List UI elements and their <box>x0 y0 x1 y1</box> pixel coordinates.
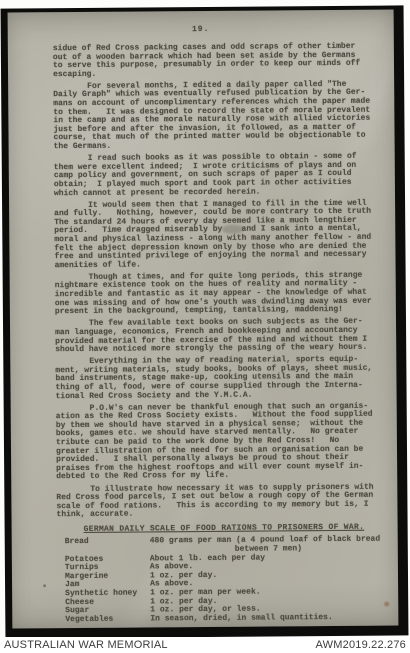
text-line: debted to the Red Cross for my life. <box>56 471 390 482</box>
paragraph: I read such books as it was possible to … <box>54 153 388 199</box>
caption-bar: AUSTRALIAN WAR MEMORIAL AWM2019.22.276 <box>0 637 410 653</box>
paragraph: For several months, I edited a daily pap… <box>53 80 388 151</box>
paragraph: The few available text books on such sub… <box>55 318 389 355</box>
ration-row: VegetablesIn season, dried, in small qua… <box>57 613 391 624</box>
document-photo: 19. sidue of Red Cross packing cases and… <box>1 5 409 638</box>
text-line: which cannot at present be recorded here… <box>54 187 388 198</box>
ration-table: Bread480 grams per man (a 4 pound loaf o… <box>57 536 392 625</box>
page-number: 19. <box>8 24 394 36</box>
text-line: think, accurate. <box>56 509 390 520</box>
paragraph: It would seem then that I managed to fil… <box>54 199 389 270</box>
text-line: should have noticed more strongly the pa… <box>55 344 389 355</box>
paragraph: Though at times, and for quite long peri… <box>55 271 389 317</box>
reference-number: AWM2019.22.276 <box>316 639 406 651</box>
institution-label: AUSTRALIAN WAR MEMORIAL <box>4 639 168 651</box>
text-line: tional Red Cross Society and the Y.M.C.A… <box>56 390 390 401</box>
ration-item: Bread <box>65 538 150 547</box>
text-line: the Germans. <box>54 141 388 152</box>
text-line: present in the background, tempting, tan… <box>55 306 389 317</box>
ration-amount: In season, dried, in small quantities. <box>150 614 332 624</box>
page-text: sidue of Red Cross packing cases and odd… <box>53 43 392 625</box>
document-page: 19. sidue of Red Cross packing cases and… <box>8 10 399 629</box>
paragraph: P.O.W's can never be thankful enough tha… <box>56 402 391 482</box>
paragraph: To illustrate how necessary it was to su… <box>56 483 390 520</box>
ration-item: Vegetables <box>65 615 150 624</box>
paragraph: Everything in the way of reading materia… <box>55 356 389 402</box>
paragraphs: sidue of Red Cross packing cases and odd… <box>53 43 391 520</box>
rust-stain <box>384 602 389 607</box>
paragraph: sidue of Red Cross packing cases and odd… <box>53 43 387 80</box>
text-line: amenities of life. <box>55 259 389 270</box>
paper-speck <box>43 584 46 587</box>
ration-table-title: GERMAN DAILY SCALE OF FOOD RATIONS TO PR… <box>84 523 391 534</box>
ink-smudge <box>222 225 243 234</box>
